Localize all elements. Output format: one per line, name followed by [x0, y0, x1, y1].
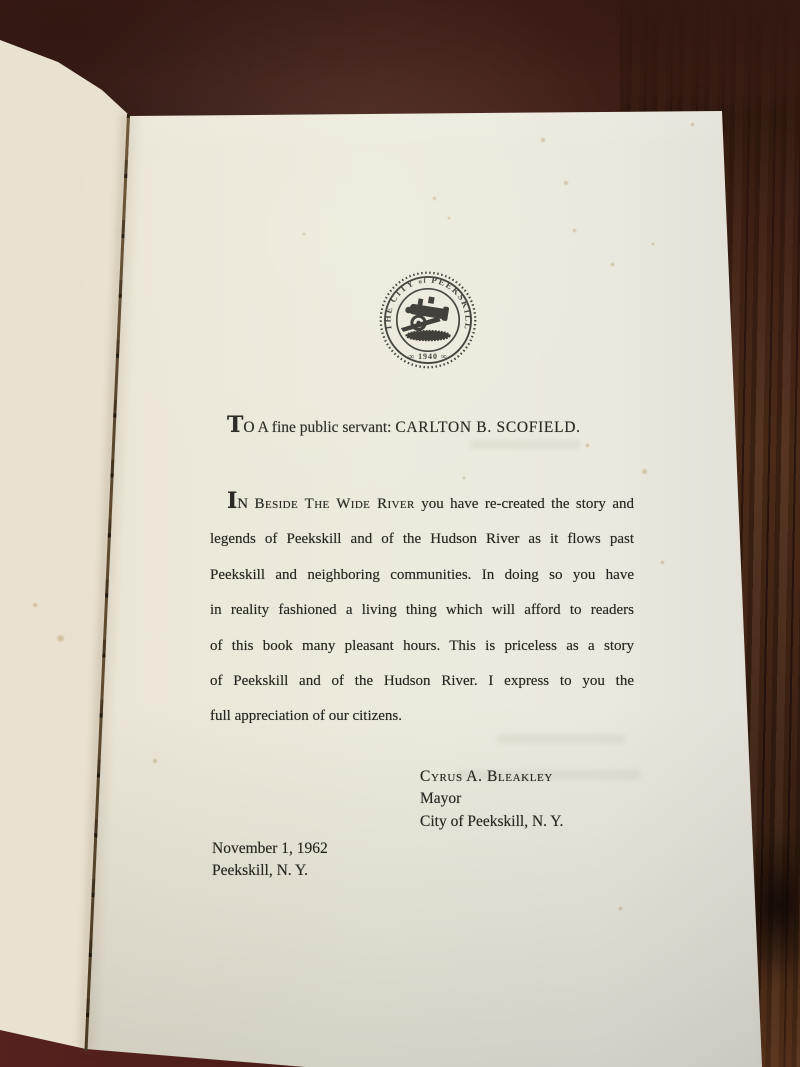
dateline-block: November 1, 1962 Peekskill, N. Y. [212, 838, 328, 881]
page-show-through [470, 440, 580, 449]
paragraph-line-3: Peekskill and neighboring communities. I… [210, 558, 634, 593]
foxing-spot [32, 602, 38, 608]
foxing-spot [641, 468, 648, 475]
mayor-city: City of Peekskill, N. Y. [420, 811, 563, 833]
paragraph-line-7: full appreciation of our citizens. [210, 699, 634, 734]
dedication-lead-text: O A fine public servant: [243, 419, 395, 436]
dedication-line: TO A fine public servant: CARLTON B. SCO… [227, 414, 647, 437]
seal-year-text: ∞ 1940 ∞ [408, 352, 447, 361]
foxing-spot [447, 216, 451, 220]
foxing-spot [540, 137, 546, 143]
foxing-spot [152, 758, 158, 764]
foxing-spot [690, 122, 695, 127]
paragraph-line-4: in reality fashioned a living thing whic… [210, 593, 634, 628]
book-title-smallcaps: Beside The Wide River [255, 496, 415, 512]
mayor-name: Cyrus A. Bleakley [420, 766, 563, 788]
paragraph-initial: I [227, 488, 237, 514]
city-of-peekskill-seal-stamp: THE CITY of PEEKSKILL ∞ 1940 ∞ [376, 268, 480, 372]
dedication-paragraph: IN Beside The Wide River you have re-cre… [210, 487, 634, 735]
paragraph-line-5: of this book many pleasant hours. This i… [210, 629, 634, 664]
dateline-date: November 1, 1962 [212, 838, 328, 860]
foxing-spot [660, 560, 665, 565]
paragraph-line-6: of Peekskill and of the Hudson River. I … [210, 664, 634, 699]
paragraph-line-1-rest: you have re-created the story and [415, 496, 634, 512]
foxing-spot [563, 180, 569, 186]
dedication-honoree-name: CARLTON B. SCOFIELD. [395, 419, 580, 436]
book-page-photo: THE CITY of PEEKSKILL ∞ 1940 ∞ TO A fine… [0, 0, 800, 1067]
foxing-spot [432, 196, 437, 201]
cannon-icon [402, 297, 450, 340]
foxing-spot [462, 476, 466, 480]
foxing-spot [585, 443, 590, 448]
foxing-spot [302, 232, 306, 236]
dedication-initial: T [227, 412, 243, 438]
dateline-place: Peekskill, N. Y. [212, 860, 328, 882]
foxing-spot [651, 242, 655, 246]
signature-block: Cyrus A. Bleakley Mayor City of Peekskil… [420, 766, 563, 833]
paragraph-line-1: IN Beside The Wide River you have re-cre… [210, 487, 634, 522]
paragraph-line-1-cap: N [237, 496, 254, 512]
seal-graphic: THE CITY of PEEKSKILL ∞ 1940 ∞ [376, 268, 480, 372]
foxing-spot [572, 228, 577, 233]
mayor-title: Mayor [420, 788, 563, 810]
foxing-spot [618, 906, 623, 911]
foxing-spot [610, 262, 615, 267]
seal-arc-text: THE CITY of PEEKSKILL [376, 268, 480, 338]
page-show-through [497, 734, 625, 744]
paragraph-line-2: legends of Peekskill and of the Hudson R… [210, 522, 634, 557]
wood-table-top [0, 0, 800, 118]
foxing-spot [56, 634, 65, 643]
